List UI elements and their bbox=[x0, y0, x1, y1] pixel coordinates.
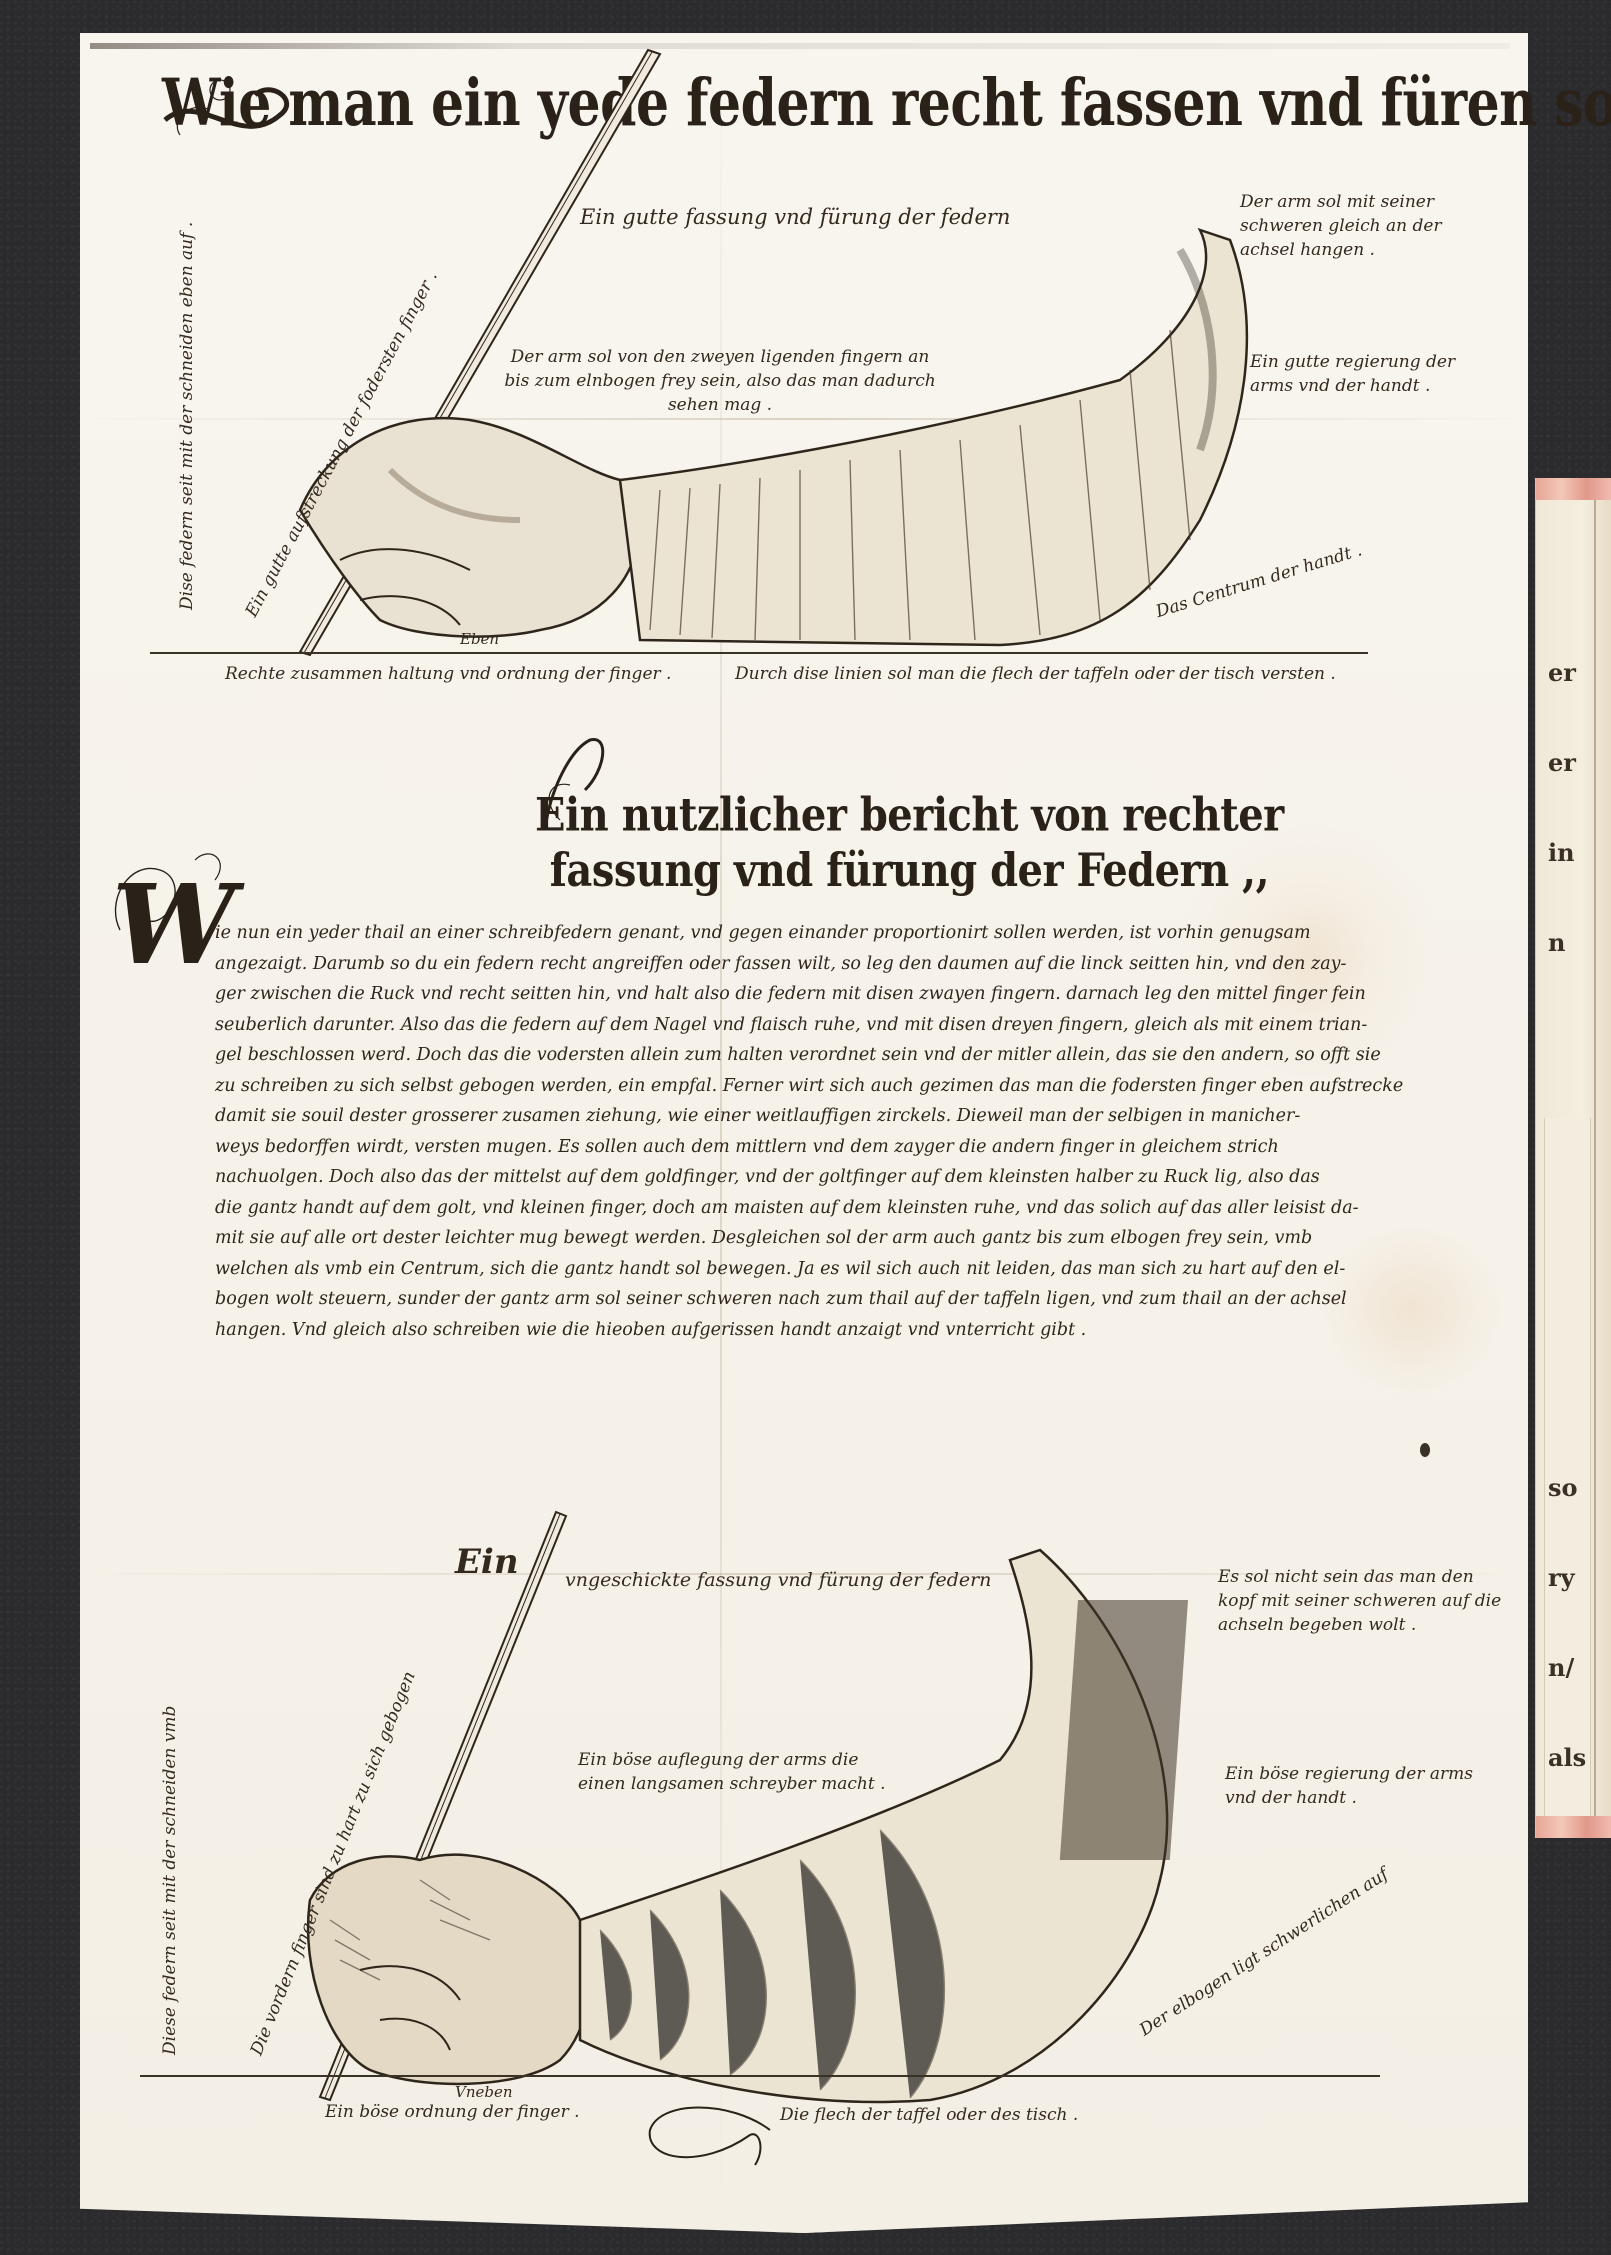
caption-bad-governance: Ein böse regierung der arms vnd der hand… bbox=[1225, 1762, 1500, 1810]
caption-feather-vertical: Dise federn seit mit der schneiden eben … bbox=[175, 222, 199, 610]
caption-flourish-icon bbox=[640, 2090, 780, 2180]
label-flat: Eben bbox=[460, 627, 499, 651]
article-line: hangen. Vnd gleich also schreiben wie di… bbox=[215, 1315, 1455, 1346]
article-line: mit sie auf alle ort dester leichter mug… bbox=[215, 1223, 1455, 1254]
article-line: ie nun ein yeder thail an einer schreibf… bbox=[215, 918, 1455, 949]
article-title: Ein nutzlicher bericht von rechter fassu… bbox=[535, 788, 1284, 898]
article-line: zu schreiben zu sich selbst gebogen werd… bbox=[215, 1071, 1455, 1102]
article-line: welchen als vmb ein Centrum, sich die ga… bbox=[215, 1254, 1455, 1285]
caption-arm-weight: Der arm sol mit seiner schweren gleich a… bbox=[1240, 190, 1480, 262]
table-line-top bbox=[150, 652, 1368, 654]
caption-table-surface: Die flech der taffel oder des tisch . bbox=[780, 2103, 1078, 2127]
article-line: nachuolgen. Doch also das der mittelst a… bbox=[215, 1162, 1455, 1193]
caption-bad-posture: Ein böse auflegung der arms die einen la… bbox=[578, 1748, 898, 1796]
article-line: bogen wolt steuern, sunder der gantz arm… bbox=[215, 1284, 1455, 1315]
caption-arm-free: Der arm sol von den zweyen ligenden fing… bbox=[500, 345, 940, 417]
caption-bad-finger-order: Ein böse ordnung der finger . bbox=[325, 2100, 580, 2124]
article-title-line-2: fassung vnd fürung der Federn ,, bbox=[550, 843, 1269, 897]
article-initial-flourish-icon bbox=[530, 730, 610, 840]
article-line: die gantz handt auf dem golt, vnd kleine… bbox=[215, 1193, 1455, 1224]
caption-line-note: Durch dise linien sol man die flech der … bbox=[735, 662, 1336, 686]
good-grip-heading: Ein gutte fassung vnd fürung der federn bbox=[580, 205, 1010, 229]
peek-text-line: in bbox=[1548, 838, 1581, 868]
caption-head-on-shoulders: Es sol nicht sein das man den kopf mit s… bbox=[1218, 1565, 1508, 1637]
caption-finger-order: Rechte zusammen haltung vnd ordnung der … bbox=[225, 662, 671, 686]
table-line-bottom bbox=[140, 2075, 1380, 2077]
article-line: seuberlich darunter. Also das die federn… bbox=[215, 1010, 1455, 1041]
peek-text-line: n bbox=[1548, 928, 1581, 958]
article-line: ger zwischen die Ruck vnd recht seitten … bbox=[215, 979, 1455, 1010]
article-line: angezaigt. Darumb so du ein federn recht… bbox=[215, 949, 1455, 980]
ink-blot bbox=[1420, 1443, 1430, 1457]
peek-text-line: so bbox=[1548, 1473, 1586, 1503]
bad-grip-heading: vngeschickte fassung vnd fürung der fede… bbox=[565, 1568, 991, 1592]
article-title-line-1: Ein nutzlicher bericht von rechter bbox=[535, 788, 1284, 842]
caption-good-governance: Ein gutte regierung der arms vnd der han… bbox=[1250, 350, 1480, 398]
article-line: gel beschlossen werd. Doch das die voder… bbox=[215, 1040, 1455, 1071]
article-line: damit sie souil dester grosserer zusamen… bbox=[215, 1101, 1455, 1132]
peek-text-line: er bbox=[1548, 748, 1581, 778]
article-body: ie nun ein yeder thail an einer schreibf… bbox=[215, 918, 1455, 1345]
caption-feather-vertical-bad: Diese federn seit mit der schneiden vmb bbox=[158, 1706, 182, 2055]
bad-grip-heading-initial: Ein bbox=[455, 1542, 519, 1582]
article-line: weys bedorffen wirdt, versten mugen. Es … bbox=[215, 1132, 1455, 1163]
